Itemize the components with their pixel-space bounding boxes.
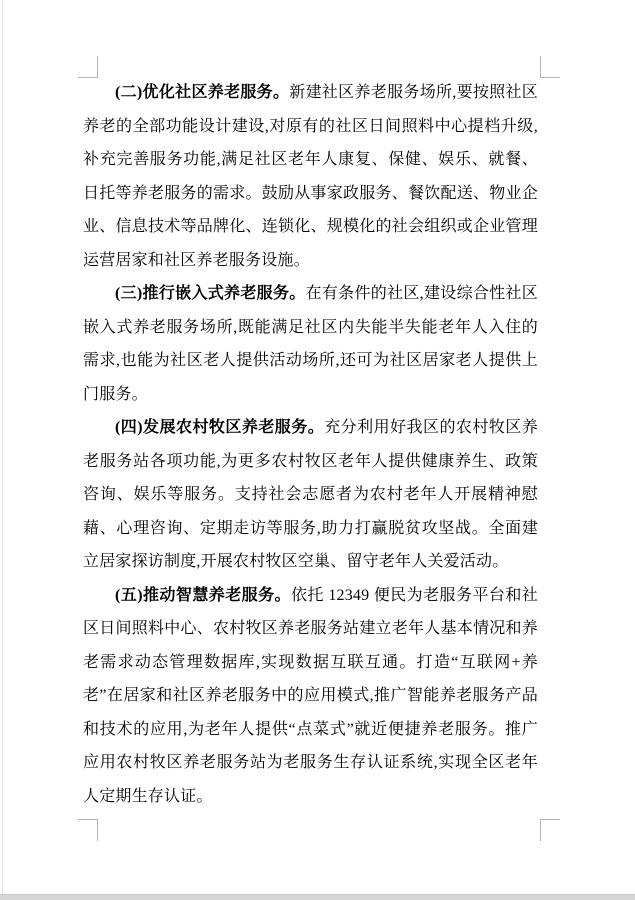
page-left-edge bbox=[2, 0, 3, 900]
crop-mark-bottom-left-icon bbox=[78, 819, 98, 841]
paragraph-smart-care: (五)推动智慧养老服务。依托 12349 便民为老服务平台和社区日间照料中心、农… bbox=[83, 579, 538, 814]
paragraph-body: 依托 12349 便民为老服务平台和社区日间照料中心、农村牧区养老服务站建立老年… bbox=[83, 587, 538, 805]
page-bottom-edge bbox=[0, 894, 635, 900]
paragraph-rural-pastoral-care: (四)发展农村牧区养老服务。充分利用好我区的农村牧区养老服务站各项功能,为更多农… bbox=[83, 411, 538, 579]
paragraph-heading: (三)推行嵌入式养老服务。 bbox=[115, 285, 306, 302]
paragraph-optimize-community-care: (二)优化社区养老服务。新建社区养老服务场所,要按照社区养老的全部功能设计建设,… bbox=[83, 76, 538, 277]
document-page: (二)优化社区养老服务。新建社区养老服务场所,要按照社区养老的全部功能设计建设,… bbox=[0, 0, 635, 900]
paragraph-heading: (二)优化社区养老服务。 bbox=[115, 84, 289, 101]
crop-mark-bottom-right-icon bbox=[540, 819, 560, 841]
paragraph-heading: (五)推动智慧养老服务。 bbox=[115, 587, 291, 604]
paragraph-heading: (四)发展农村牧区养老服务。 bbox=[115, 419, 324, 436]
paragraph-body: 在有条件的社区,建设综合性社区嵌入式养老服务场所,既能满足社区内失能半失能老年人… bbox=[83, 285, 538, 403]
document-text-area: (二)优化社区养老服务。新建社区养老服务场所,要按照社区养老的全部功能设计建设,… bbox=[83, 76, 538, 813]
paragraph-body: 新建社区养老服务场所,要按照社区养老的全部功能设计建设,对原有的社区日间照料中心… bbox=[83, 84, 538, 269]
crop-mark-top-right-icon bbox=[540, 56, 560, 78]
paragraph-embedded-care: (三)推行嵌入式养老服务。在有条件的社区,建设综合性社区嵌入式养老服务场所,既能… bbox=[83, 277, 538, 411]
paragraph-body: 充分利用好我区的农村牧区养老服务站各项功能,为更多农村牧区老年人提供健康养生、政… bbox=[83, 419, 538, 570]
crop-mark-top-left-icon bbox=[78, 56, 98, 78]
